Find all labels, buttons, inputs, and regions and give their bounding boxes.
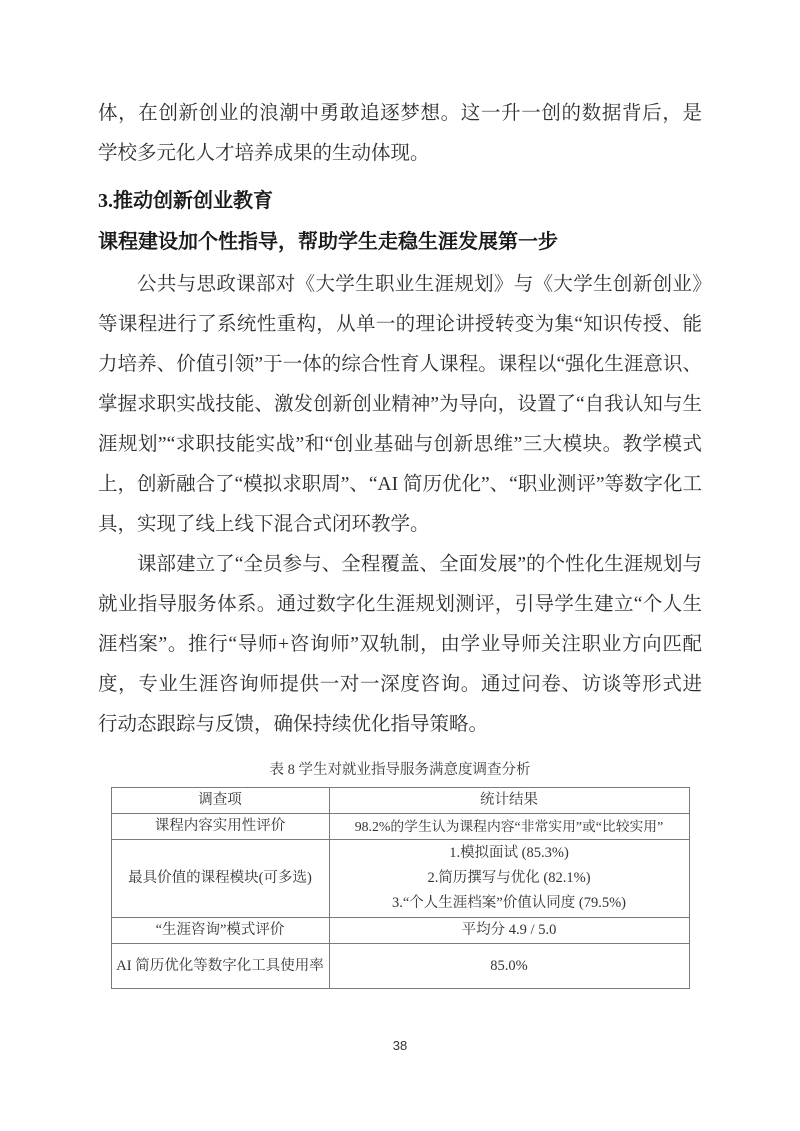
body-paragraph-1: 公共与思政课部对《大学生职业生涯规划》与《大学生创新创业》等课程进行了系统性重构…: [98, 265, 702, 545]
table-row: “生涯咨询”模式评价 平均分 4.9 / 5.0: [111, 918, 689, 944]
table-header-result: 统计结果: [329, 788, 689, 814]
section-subheading: 课程建设加个性指导，帮助学生走稳生涯发展第一步: [98, 222, 702, 262]
table-cell-result-line: 3.“个人生涯档案”价值认同度 (79.5%): [334, 891, 685, 916]
table-cell-result-line: 1.模拟面试 (85.3%): [334, 841, 685, 866]
section-heading: 3.推动创新创业教育: [98, 181, 702, 221]
table-header-item: 调查项: [111, 788, 329, 814]
table-cell-item: 课程内容实用性评价: [111, 814, 329, 840]
table-cell-result-line: 2.简历撰写与优化 (82.1%): [334, 866, 685, 891]
satisfaction-survey-table: 调查项 统计结果 课程内容实用性评价 98.2%的学生认为课程内容“非常实用”或…: [111, 787, 690, 989]
table-row: AI 简历优化等数字化工具使用率 85.0%: [111, 944, 689, 989]
document-content: 体，在创新创业的浪潮中勇敢追逐梦想。这一升一创的数据背后，是学校多元化人才培养成…: [0, 0, 800, 989]
table-header-row: 调查项 统计结果: [111, 788, 689, 814]
table-cell-item: “生涯咨询”模式评价: [111, 918, 329, 944]
table-cell-result: 85.0%: [329, 944, 689, 989]
table-cell-result: 平均分 4.9 / 5.0: [329, 918, 689, 944]
table-cell-item: 最具价值的课程模块(可多选): [111, 840, 329, 918]
body-paragraph-2: 课部建立了“全员参与、全程覆盖、全面发展”的个性化生涯规划与就业指导服务体系。通…: [98, 545, 702, 745]
table-caption: 表 8 学生对就业指导服务满意度调查分析: [98, 760, 702, 780]
table-cell-result: 98.2%的学生认为课程内容“非常实用”或“比较实用”: [329, 814, 689, 840]
table-cell-item: AI 简历优化等数字化工具使用率: [111, 944, 329, 989]
table-row: 课程内容实用性评价 98.2%的学生认为课程内容“非常实用”或“比较实用”: [111, 814, 689, 840]
document-page: 体，在创新创业的浪潮中勇敢追逐梦想。这一升一创的数据背后，是学校多元化人才培养成…: [0, 0, 800, 1131]
table-cell-result: 1.模拟面试 (85.3%) 2.简历撰写与优化 (82.1%) 3.“个人生涯…: [329, 840, 689, 918]
paragraph-continuation: 体，在创新创业的浪潮中勇敢追逐梦想。这一升一创的数据背后，是学校多元化人才培养成…: [98, 94, 702, 174]
table-row: 最具价值的课程模块(可多选) 1.模拟面试 (85.3%) 2.简历撰写与优化 …: [111, 840, 689, 918]
page-number: 38: [0, 1038, 800, 1053]
